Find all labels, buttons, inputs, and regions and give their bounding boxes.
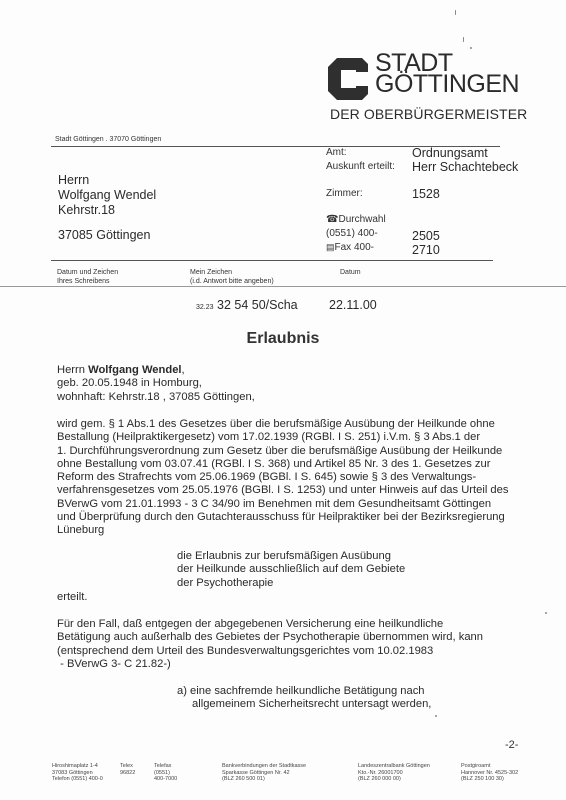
my-reference-prefix: 32.23 — [196, 304, 214, 311]
letter-date: 22.11.00 — [329, 298, 377, 312]
intro-suffix: , — [182, 364, 185, 376]
paragraph2-line: Für den Fall, daß entgegen der abgegeben… — [57, 618, 483, 631]
paragraph1-line: und Überprüfung durch den Gutachteraussc… — [57, 511, 508, 524]
paragraph1-line: ohne Bestallung vom 03.07.41 (RGBl. I S.… — [57, 458, 508, 471]
durchwahl-value: 2505 — [412, 229, 440, 243]
item-a-line: a) eine sachfremde heilkundliche Betätig… — [177, 685, 431, 698]
my-ref-label: Mein Zeichen (i.d. Antwort bitte angeben… — [190, 268, 274, 286]
sender-return-address: Stadt Göttingen . 37070 Göttingen — [55, 136, 161, 143]
fax-row: ▤Fax 400- — [326, 242, 374, 253]
scan-speck — [470, 47, 472, 49]
item-a: a) eine sachfremde heilkundliche Betätig… — [177, 685, 431, 712]
info-divider — [51, 260, 493, 261]
their-ref-label-2: Ihres Schreibens — [57, 277, 118, 286]
footer-line: 400-7000 — [154, 776, 177, 783]
footer-bank-postgiro: Postgiroamt Hannover Nr. 4525-302 (BLZ 2… — [461, 763, 518, 783]
paragraph1-line: Bestallung (Heilpraktikergesetz) vom 17.… — [57, 431, 508, 444]
intro-name-line: Herrn Wolfgang Wendel, — [57, 364, 185, 377]
letterhead-subtitle: DER OBERBÜRGERMEISTER — [330, 106, 527, 122]
reference-divider — [0, 286, 566, 287]
intro-name: Wolfgang Wendel — [88, 364, 181, 376]
document-title: Erlaubnis — [0, 330, 566, 348]
footer-telefax: Telefax (0551) 400-7000 — [154, 763, 177, 783]
footer-telex: Telex 96822 — [120, 763, 135, 776]
paragraph-legal-basis: wird gem. § 1 Abs.1 des Gesetzes über di… — [57, 418, 508, 538]
date-label: Datum — [340, 268, 361, 277]
recipient-salutation: Herrn — [58, 173, 89, 187]
scan-speck — [545, 612, 547, 614]
paragraph2-line: - BVerwG 3- C 21.82-) — [57, 658, 483, 671]
their-ref-label-1: Datum und Zeichen — [57, 268, 118, 277]
next-page-marker: -2- — [505, 739, 518, 751]
recipient-city: 37085 Göttingen — [58, 228, 150, 242]
auskunft-label: Auskunft erteilt: — [326, 161, 395, 172]
durchwahl-row: ☎Durchwahl — [326, 214, 386, 225]
scan-speck — [463, 37, 464, 42]
zimmer-value: 1528 — [412, 187, 440, 201]
footer-line: (BLZ 260 500 01) — [222, 776, 306, 783]
grant-line: die Erlaubnis zur berufsmäßigen Ausübung — [177, 550, 405, 563]
auskunft-value: Herr Schachtebeck — [412, 160, 518, 174]
paragraph2-line: Betätigung auch außerhalb des Gebietes d… — [57, 631, 483, 644]
footer-bank-sparkasse: Bankverbindungen der Stadtkasse Sparkass… — [222, 763, 306, 783]
recipient-street: Kehrstr.18 — [58, 203, 115, 217]
item-a-line: allgemeinem Sicherheitsrecht untersagt w… — [177, 698, 431, 711]
their-ref-label: Datum und Zeichen Ihres Schreibens — [57, 268, 118, 286]
scan-speck — [455, 10, 456, 15]
footer-line: Bankverbindungen der Stadtkasse — [222, 763, 306, 770]
letterhead-city-line2: GÖTTINGEN — [375, 73, 519, 95]
durchwahl-prefix: (0551) 400- — [326, 228, 378, 239]
intro-born: geb. 20.05.1948 in Homburg, — [57, 377, 202, 390]
footer-line: (BLZ 250 100 30) — [461, 776, 518, 783]
paragraph1-line: wird gem. § 1 Abs.1 des Gesetzes über di… — [57, 418, 508, 431]
recipient-name: Wolfgang Wendel — [58, 188, 156, 202]
amt-value: Ordnungsamt — [412, 146, 488, 160]
grant-statement: die Erlaubnis zur berufsmäßigen Ausübung… — [177, 550, 405, 590]
my-reference-value: 32 54 50/Scha — [217, 298, 298, 312]
fax-value: 2710 — [412, 243, 440, 257]
paragraph1-line: 1. Durchführungsverordnung zum Gesetz üb… — [57, 445, 508, 458]
footer-line: Hiroshimaplatz 1-4 — [52, 763, 103, 770]
footer-line: 96822 — [120, 770, 135, 777]
city-c-logo-icon — [328, 58, 368, 100]
grant-line: der Heilkunde ausschließlich auf dem Geb… — [177, 563, 405, 576]
footer-line: Telefon (0551) 400-0 — [52, 776, 103, 783]
footer-bank-lzb: Landeszentralbank Göttingen Kto.-Nr. 260… — [358, 763, 430, 783]
fax-label: Fax 400- — [335, 242, 374, 253]
scan-speck — [435, 715, 437, 717]
paragraph2-line: (entsprechend dem Urteil des Bundesverwa… — [57, 645, 483, 658]
footer-line: (BLZ 260 000 00) — [358, 776, 430, 783]
intro-prefix: Herrn — [57, 364, 88, 376]
amt-label: Amt: — [326, 147, 347, 158]
telephone-icon: ☎ — [326, 214, 338, 225]
granted-word: erteilt. — [57, 591, 87, 604]
paragraph1-line: BVerwG vom 21.01.1993 - 3 C 34/90 im Ben… — [57, 498, 508, 511]
fax-icon: ▤ — [326, 242, 335, 252]
my-reference: 32.23 32 54 50/Scha — [196, 298, 298, 312]
paragraph-conditions: Für den Fall, daß entgegen der abgegeben… — [57, 618, 483, 671]
durchwahl-label: Durchwahl — [338, 214, 385, 225]
intro-residence: wohnhaft: Kehrstr.18 , 37085 Göttingen, — [57, 391, 255, 404]
grant-line: der Psychotherapie — [177, 577, 405, 590]
zimmer-label: Zimmer: — [326, 188, 363, 199]
footer-line: Landeszentralbank Göttingen — [358, 763, 430, 770]
paragraph1-line: Lüneburg — [57, 524, 508, 537]
paragraph1-line: Reform des Strafrechts vom 25.06.1969 (B… — [57, 471, 508, 484]
paragraph1-line: verfahrensgesetzes vom 25.05.1976 (BGBl.… — [57, 484, 508, 497]
my-ref-label-1: Mein Zeichen — [190, 268, 274, 277]
footer-address: Hiroshimaplatz 1-4 37083 Göttingen Telef… — [52, 763, 103, 783]
my-ref-label-2: (i.d. Antwort bitte angeben) — [190, 277, 274, 286]
